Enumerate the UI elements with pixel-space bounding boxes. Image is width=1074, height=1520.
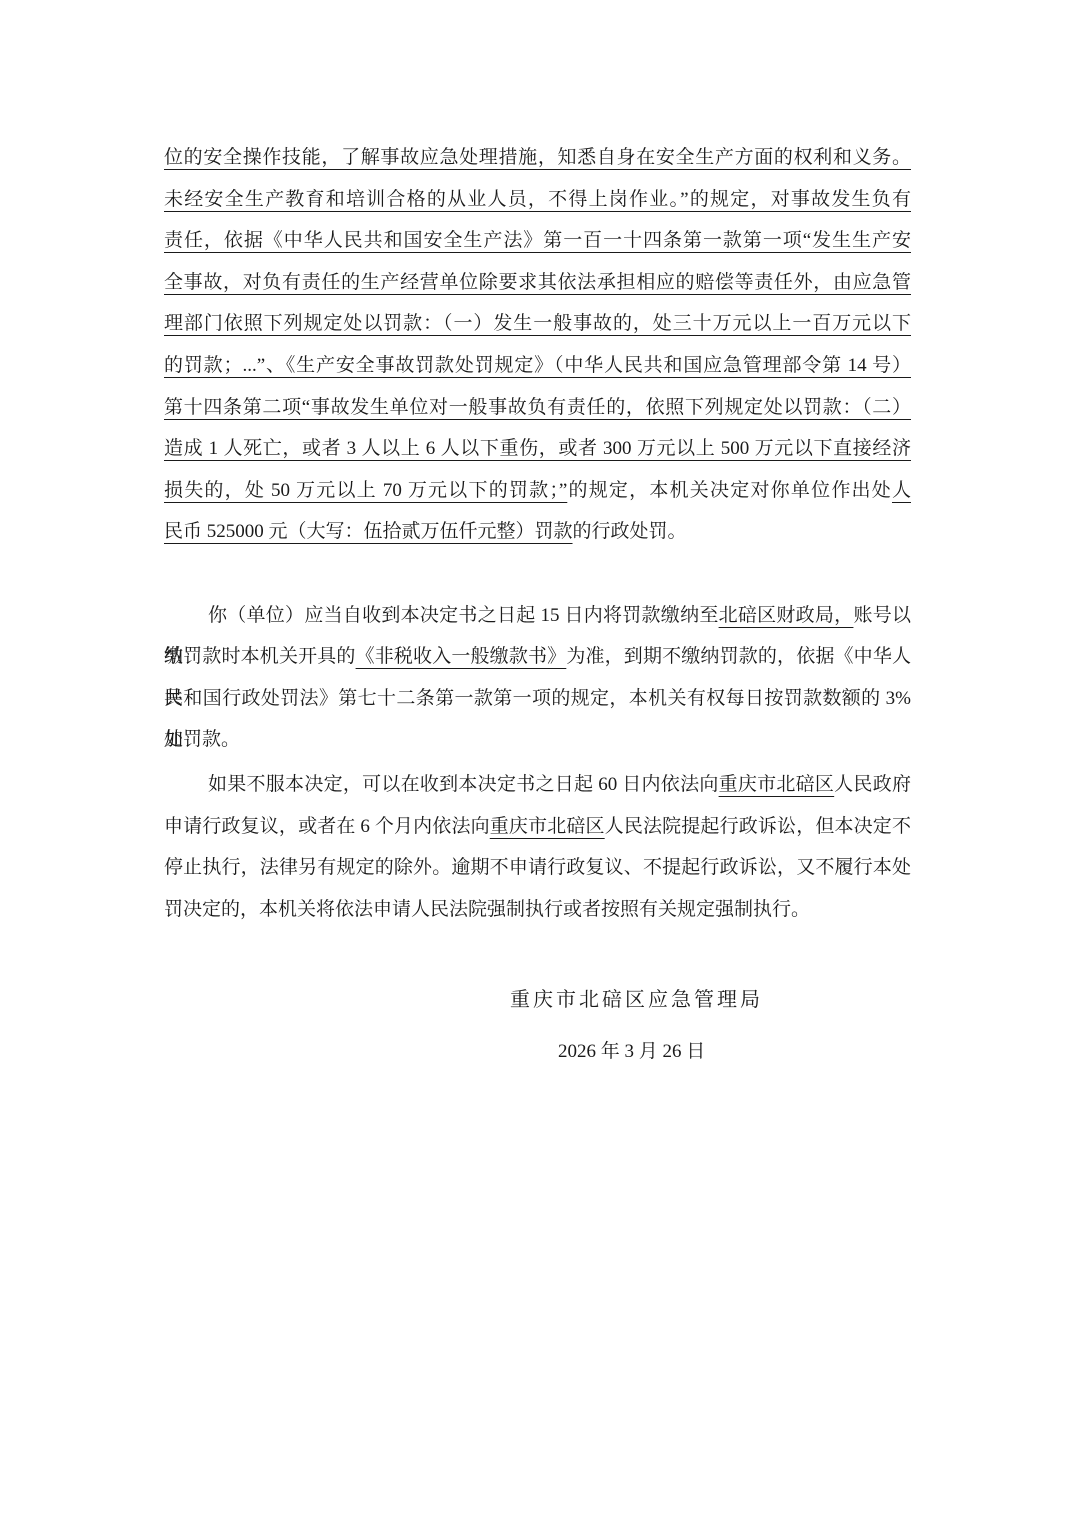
document-page: 位的安全操作技能，了解事故应急处理措施，知悉自身在安全生产方面的权利和义务。未经… <box>0 0 1074 1520</box>
text-line: 停止执行，法律另有规定的除外。逾期不申请行政复议、不提起行政诉讼，又不履行本处 <box>164 847 911 889</box>
underlined-text: 全事故，对负有责任的生产经营单位除要求其依法承担相应的赔偿等责任外，由应急管 <box>164 272 911 293</box>
text-segment: 的行政处罚。 <box>573 521 687 542</box>
text-segment: 停止执行，法律另有规定的除外。逾期不申请行政复议、不提起行政诉讼，又不履行本处 <box>164 857 911 878</box>
underlined-text: 人 <box>892 480 911 501</box>
text-segment: 人民法院提起行政诉讼，但本决定不 <box>605 816 911 837</box>
text-segment: 申请行政复议，或者在 6 个月内依法向 <box>164 816 490 837</box>
payment-instruction-paragraph: 你（单位）应当自收到本决定书之日起 15 日内将罚款缴纳至北碚区财政局，账号以缴… <box>164 595 911 761</box>
underlined-text: 重庆市北碚区 <box>490 816 605 837</box>
underlined-text: 民币 525000 元（大写：伍拾贰万伍仟元整）罚款 <box>164 521 573 542</box>
text-line: 第十四条第二项“事故发生单位对一般事故负有责任的，依照下列规定处以罚款：（二） <box>164 387 911 429</box>
underlined-text: 责任，依据《中华人民共和国安全生产法》第一百一十四条第一款第一项“发生生产安 <box>164 230 911 251</box>
issuing-authority: 重庆市北碚区应急管理局 <box>164 974 911 1026</box>
text-segment: 人民政府 <box>834 774 911 795</box>
text-line: 民币 525000 元（大写：伍拾贰万伍仟元整）罚款的行政处罚。 <box>164 511 911 553</box>
text-line: 你（单位）应当自收到本决定书之日起 15 日内将罚款缴纳至北碚区财政局，账号以缴 <box>164 595 911 637</box>
text-line: 处罚款。 <box>164 719 911 761</box>
underlined-text: 《非税收入一般缴款书》 <box>356 646 567 667</box>
text-segment: 处罚款。 <box>164 729 240 750</box>
text-line: 的罚款；...”、《生产安全事故罚款处罚规定》（中华人民共和国应急管理部令第 1… <box>164 345 911 387</box>
underlined-text: 理部门依照下列规定处以罚款：（一）发生一般事故的，处三十万元以上一百万元以下 <box>164 313 911 334</box>
text-line: 共和国行政处罚法》第七十二条第一款第一项的规定，本机关有权每日按罚款数额的 3%… <box>164 678 911 720</box>
text-segment: 如果不服本决定，可以在收到本决定书之日起 60 日内依法向 <box>208 774 719 795</box>
signature-block: 重庆市北碚区应急管理局 2026 年 3 月 26 日 <box>164 974 911 1078</box>
text-line: 纳罚款时本机关开具的《非税收入一般缴款书》为准，到期不缴纳罚款的，依据《中华人民 <box>164 636 911 678</box>
document-body: 位的安全操作技能，了解事故应急处理措施，知悉自身在安全生产方面的权利和义务。未经… <box>164 137 911 1078</box>
underlined-text: 北碚区财政局， <box>719 605 854 626</box>
underlined-text: 的罚款；...”、《生产安全事故罚款处罚规定》（中华人民共和国应急管理部令第 1… <box>164 355 911 376</box>
text-segment: 罚决定的，本机关将依法申请人民法院强制执行或者按照有关规定强制执行。 <box>164 899 810 920</box>
text-segment: 纳罚款时本机关开具的 <box>164 646 356 667</box>
text-line: 申请行政复议，或者在 6 个月内依法向重庆市北碚区人民法院提起行政诉讼，但本决定… <box>164 806 911 848</box>
underlined-text: 重庆市北碚区 <box>719 774 835 795</box>
underlined-text: 第十四条第二项“事故发生单位对一般事故负有责任的，依照下列规定处以罚款：（二） <box>164 397 911 418</box>
underlined-text: 未经安全生产教育和培训合格的从业人员，不得上岗作业。”的规定，对事故发生负有 <box>164 189 911 210</box>
text-line: 损失的，处 50 万元以上 70 万元以下的罚款；”的规定，本机关决定对你单位作… <box>164 470 911 512</box>
text-line: 责任，依据《中华人民共和国安全生产法》第一百一十四条第一款第一项“发生生产安 <box>164 220 911 262</box>
text-line: 位的安全操作技能，了解事故应急处理措施，知悉自身在安全生产方面的权利和义务。 <box>164 137 911 179</box>
text-line: 未经安全生产教育和培训合格的从业人员，不得上岗作业。”的规定，对事故发生负有 <box>164 179 911 221</box>
penalty-basis-paragraph: 位的安全操作技能，了解事故应急处理措施，知悉自身在安全生产方面的权利和义务。未经… <box>164 137 911 553</box>
text-segment: 的规定，本机关决定对你单位作出处 <box>567 480 892 501</box>
underlined-text: 位的安全操作技能，了解事故应急处理措施，知悉自身在安全生产方面的权利和义务。 <box>164 147 911 168</box>
text-line: 如果不服本决定，可以在收到本决定书之日起 60 日内依法向重庆市北碚区人民政府 <box>164 764 911 806</box>
underlined-text: 损失的，处 50 万元以上 70 万元以下的罚款；” <box>164 480 567 501</box>
text-line: 全事故，对负有责任的生产经营单位除要求其依法承担相应的赔偿等责任外，由应急管 <box>164 262 911 304</box>
text-line: 罚决定的，本机关将依法申请人民法院强制执行或者按照有关规定强制执行。 <box>164 889 911 931</box>
appeal-rights-paragraph: 如果不服本决定，可以在收到本决定书之日起 60 日内依法向重庆市北碚区人民政府申… <box>164 764 911 930</box>
text-segment: 你（单位）应当自收到本决定书之日起 15 日内将罚款缴纳至 <box>208 605 719 626</box>
text-line: 理部门依照下列规定处以罚款：（一）发生一般事故的，处三十万元以上一百万元以下 <box>164 303 911 345</box>
text-line: 造成 1 人死亡，或者 3 人以上 6 人以下重伤，或者 300 万元以上 50… <box>164 428 911 470</box>
issue-date: 2026 年 3 月 26 日 <box>164 1026 911 1078</box>
paragraphs: 位的安全操作技能，了解事故应急处理措施，知悉自身在安全生产方面的权利和义务。未经… <box>164 137 911 930</box>
underlined-text: 造成 1 人死亡，或者 3 人以上 6 人以下重伤，或者 300 万元以上 50… <box>164 438 911 459</box>
